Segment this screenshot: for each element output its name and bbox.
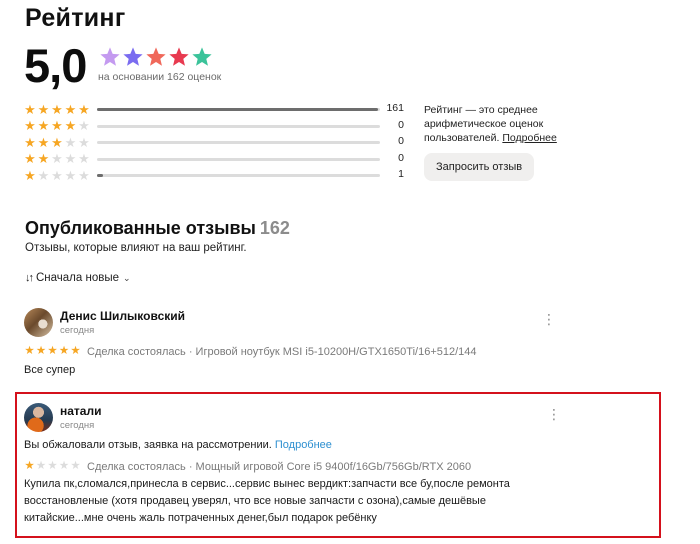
chevron-down-icon: ⌄ [123,273,131,284]
review-author[interactable]: натали [60,404,101,418]
star-filled-icon: ★ [24,169,36,182]
rating-distribution: ★★★★★161★★★★★0★★★★★0★★★★★0★★★★★1 [24,101,404,184]
star-empty-icon: ★ [51,169,63,182]
star-filled-icon: ★ [59,345,70,358]
star-filled-icon: ★ [65,119,77,132]
star-filled-icon: ★ [38,136,50,149]
star-empty-icon: ★ [47,460,58,473]
distribution-bar-fill [97,108,378,111]
star-empty-icon: ★ [36,460,47,473]
review-date: сегодня [60,420,94,431]
star-icon [191,46,213,68]
distribution-bar [97,174,380,177]
star-filled-icon: ★ [38,152,50,165]
star-empty-icon: ★ [51,152,63,165]
rating-score: 5,0 [24,38,86,94]
star-filled-icon: ★ [24,103,36,116]
star-filled-icon: ★ [51,119,63,132]
star-empty-icon: ★ [78,169,90,182]
star-filled-icon: ★ [65,103,77,116]
review-date: сегодня [60,325,94,336]
sort-dropdown[interactable]: ↓↑ Сначала новые ⌄ [25,272,131,284]
row-stars: ★★★★★ [24,119,94,132]
star-empty-icon: ★ [65,152,77,165]
distribution-row: ★★★★★0 [24,151,404,168]
rating-stars [99,46,213,68]
row-stars: ★★★★★ [24,103,94,116]
avatar[interactable] [24,403,53,432]
rating-title: Рейтинг [25,4,126,33]
review-deal-info: Сделка состоялась · Игровой ноутбук MSI … [87,346,477,358]
review-text-line: Купила пк,сломался,принесла в сервис...с… [24,476,510,493]
row-stars: ★★★★★ [24,152,94,165]
more-options-icon[interactable]: ⋮ [547,410,557,424]
published-reviews-title: Опубликованные отзывы162 [25,218,290,239]
rating-info: Рейтинг — это среднее арифметическое оце… [424,103,599,145]
distribution-bar-fill [97,174,103,177]
appeal-details-link[interactable]: Подробнее [275,439,332,451]
row-stars: ★★★★★ [24,169,94,182]
star-icon [122,46,144,68]
star-empty-icon: ★ [70,460,81,473]
avatar[interactable] [24,308,53,337]
star-filled-icon: ★ [38,103,50,116]
star-filled-icon: ★ [24,345,35,358]
star-empty-icon: ★ [65,136,77,149]
review-stars: ★★★★★ [24,460,81,473]
review-stars: ★★★★★ [24,345,81,358]
review-text: Все супер [24,362,75,379]
reviews-subtitle: Отзывы, которые влияют на ваш рейтинг. [25,242,247,254]
star-filled-icon: ★ [36,345,47,358]
distribution-row: ★★★★★161 [24,101,404,118]
review-author[interactable]: Денис Шилыковский [60,309,185,323]
distribution-row: ★★★★★1 [24,167,404,184]
distribution-count: 161 [380,102,404,114]
star-icon [168,46,190,68]
appeal-text: Вы обжаловали отзыв, заявка на рассмотре… [24,439,272,451]
request-review-button[interactable]: Запросить отзыв [424,153,534,181]
distribution-bar [97,158,380,161]
distribution-count: 0 [380,119,404,131]
star-filled-icon: ★ [51,103,63,116]
rating-based-on: на основании 162 оценок [98,71,221,83]
review-meta: ★★★★★ Сделка состоялась · Мощный игровой… [24,460,471,473]
review-text-line: китайские...мне очень жаль потраченных д… [24,510,510,527]
star-empty-icon: ★ [38,169,50,182]
distribution-bar [97,125,380,128]
star-filled-icon: ★ [24,119,36,132]
distribution-row: ★★★★★0 [24,134,404,151]
row-stars: ★★★★★ [24,136,94,149]
star-empty-icon: ★ [65,169,77,182]
more-options-icon[interactable]: ⋮ [542,315,552,329]
star-filled-icon: ★ [24,460,35,473]
star-filled-icon: ★ [70,345,81,358]
review-meta: ★★★★★ Сделка состоялась · Игровой ноутбу… [24,345,477,358]
review-item: Денис Шилыковский сегодня ⋮ ★★★★★ Сделка… [24,308,564,378]
sort-arrows-icon: ↓↑ [25,272,32,284]
star-empty-icon: ★ [78,152,90,165]
star-filled-icon: ★ [47,345,58,358]
star-filled-icon: ★ [78,103,90,116]
review-text-line: восстановленые (хотя продавец уверял, чт… [24,493,510,510]
appeal-notice: Вы обжаловали отзыв, заявка на рассмотре… [24,439,332,451]
review-item: натали сегодня ⋮ Вы обжаловали отзыв, за… [24,403,654,533]
star-empty-icon: ★ [78,136,90,149]
review-text: Купила пк,сломался,принесла в сервис...с… [24,476,510,527]
section-title-text: Опубликованные отзывы [25,218,256,238]
star-empty-icon: ★ [59,460,70,473]
review-deal-info: Сделка состоялась · Мощный игровой Core … [87,461,471,473]
distribution-bar [97,141,380,144]
rating-info-link[interactable]: Подробнее [502,132,556,144]
reviews-count: 162 [260,218,290,238]
ratings-page: Рейтинг 5,0 на основании 162 оценок ★★★★… [0,0,700,544]
star-icon [99,46,121,68]
star-filled-icon: ★ [24,152,36,165]
distribution-row: ★★★★★0 [24,118,404,135]
star-filled-icon: ★ [38,119,50,132]
star-filled-icon: ★ [51,136,63,149]
star-icon [145,46,167,68]
distribution-count: 1 [380,168,404,180]
sort-label: Сначала новые [36,272,119,284]
star-filled-icon: ★ [24,136,36,149]
distribution-count: 0 [380,135,404,147]
distribution-bar [97,108,380,111]
star-empty-icon: ★ [78,119,90,132]
distribution-count: 0 [380,152,404,164]
